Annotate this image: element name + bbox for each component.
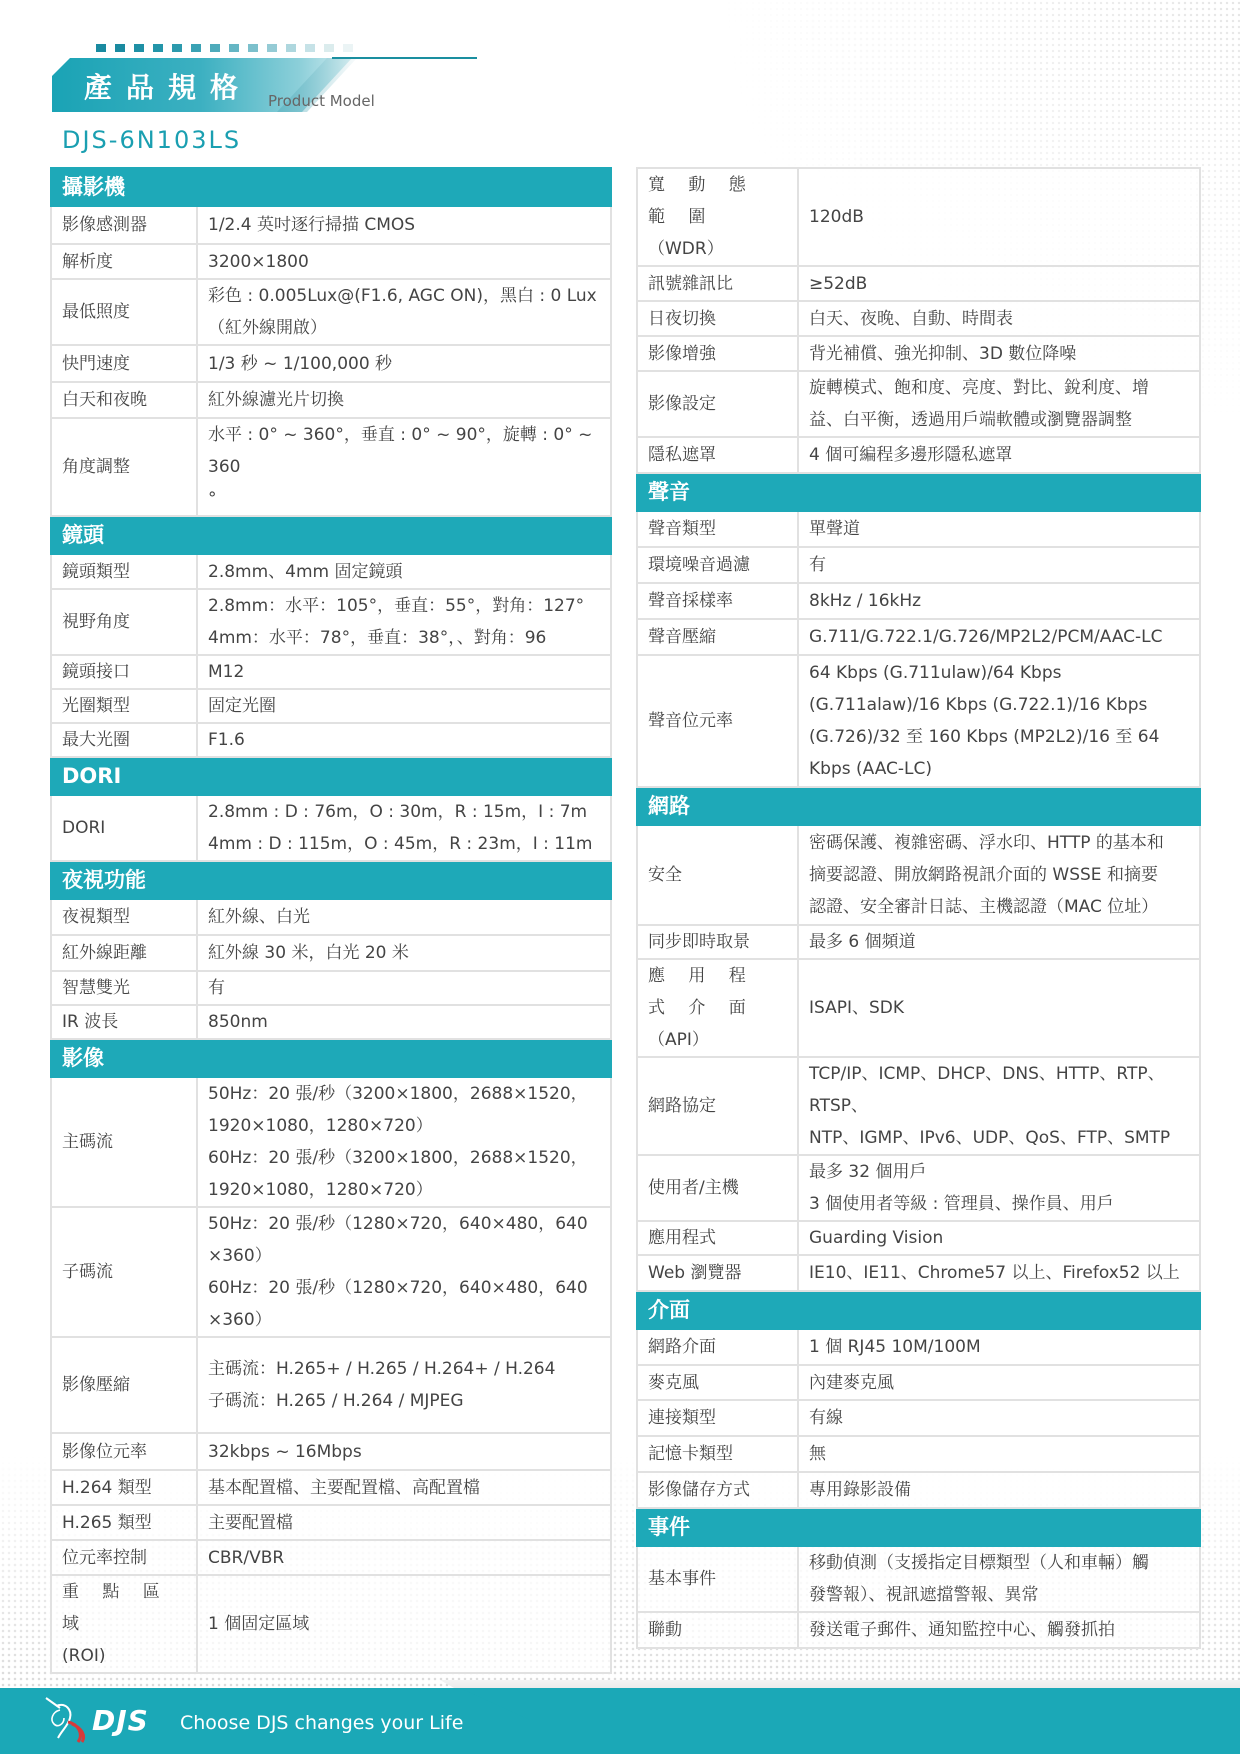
spec-value-line: (G.711alaw)/16 Kbps (G.722.1)/16 Kbps — [809, 689, 1189, 721]
spec-value-line: 主要配置檔 — [208, 1507, 600, 1539]
section-header: 影像 — [51, 1039, 611, 1077]
spec-value: 紅外線、白光 — [197, 899, 611, 935]
spec-value: 1 個固定區域 — [197, 1575, 611, 1673]
section-title: 攝影機 — [51, 168, 611, 206]
spec-value: 旋轉模式、飽和度、亮度、對比、銳利度、增益、白平衡，透過用戶端軟體或瀏覽器調整 — [798, 371, 1200, 437]
spec-value: 50Hz：20 張/秒（1280×720，640×480，640×360）60H… — [197, 1207, 611, 1337]
spec-row: 聯動發送電子郵件、通知監控中心、觸發抓拍 — [637, 1612, 1200, 1648]
spec-value-line: 2.8mm : D : 76m，O : 30m，R : 15m，I : 7m — [208, 796, 600, 828]
spec-value: CBR/VBR — [197, 1540, 611, 1575]
spec-value-line: F1.6 — [208, 724, 600, 756]
spec-label: 寬 動 態 範 圍（WDR） — [637, 168, 798, 266]
spec-row: 環境噪音過濾有 — [637, 547, 1200, 583]
decorative-square — [96, 44, 106, 52]
spec-label-text: 影像感測器 — [62, 209, 186, 241]
spec-value: 主碼流：H.265+ / H.265 / H.264+ / H.264子碼流：H… — [197, 1337, 611, 1433]
spec-label-text: 快門速度 — [62, 348, 186, 380]
spec-label-text: 麥克風 — [648, 1367, 787, 1399]
spec-value-line: 8kHz / 16kHz — [809, 585, 1189, 617]
spec-label-text: 紅外線距離 — [62, 937, 186, 969]
spec-label: 日夜切換 — [637, 301, 798, 336]
spec-row: Web 瀏覽器IE10、IE11、Chrome57 以上、Firefox52 以… — [637, 1255, 1200, 1291]
spec-value-line: 固定光圈 — [208, 690, 600, 722]
section-title: 聲音 — [637, 473, 1200, 511]
spec-value-line: 1 個 RJ45 10M/100M — [809, 1331, 1189, 1363]
spec-value: 32kbps ~ 16Mbps — [197, 1433, 611, 1470]
spec-value-line: 最多 32 個用戶 — [809, 1156, 1189, 1188]
spec-value: Guarding Vision — [798, 1221, 1200, 1255]
spec-row: 智慧雙光有 — [51, 971, 611, 1005]
spec-label: 隱私遮罩 — [637, 437, 798, 473]
spec-value-line: 紅外線 30 米，白光 20 米 — [208, 937, 600, 969]
spec-value-line: 4 個可編程多邊形隱私遮罩 — [809, 439, 1189, 471]
spec-row: 聲音採樣率8kHz / 16kHz — [637, 583, 1200, 619]
spec-value-line: ≥52dB — [809, 268, 1189, 300]
spec-value-line: 內建麥克風 — [809, 1367, 1189, 1399]
section-header: 鏡頭 — [51, 516, 611, 554]
section-header: 攝影機 — [51, 168, 611, 206]
spec-label-text-2: （API） — [648, 1024, 787, 1056]
spec-label-text: 寬 動 態 範 圍 — [648, 169, 787, 233]
spec-value: 水平 : 0° ~ 360°，垂直 : 0° ~ 90°，旋轉 : 0° ~ 3… — [197, 418, 611, 516]
spec-label: 位元率控制 — [51, 1540, 197, 1575]
spec-value-line: 旋轉模式、飽和度、亮度、對比、銳利度、增 — [809, 372, 1189, 404]
spec-label: 聲音採樣率 — [637, 583, 798, 619]
spec-value-line: 彩色 : 0.005Lux@(F1.6, AGC ON)，黑白 : 0 Lux — [208, 280, 600, 312]
decorative-square — [191, 44, 201, 52]
page-title: 產品規格 — [84, 66, 252, 106]
spec-label: 記憶卡類型 — [637, 1436, 798, 1472]
spec-value-line: 60Hz：20 張/秒（1280×720，640×480，640 — [208, 1272, 600, 1304]
spec-value-line: 1920×1080，1280×720） — [208, 1110, 600, 1142]
spec-value-line: 益、白平衡，透過用戶端軟體或瀏覽器調整 — [809, 404, 1189, 436]
spec-value-line: 專用錄影設備 — [809, 1474, 1189, 1506]
spec-row: 鏡頭類型2.8mm、4mm 固定鏡頭 — [51, 554, 611, 589]
spec-value-line: 32kbps ~ 16Mbps — [208, 1436, 600, 1468]
spec-value: 有 — [197, 971, 611, 1005]
page-subtitle: Product Model — [268, 92, 375, 110]
spec-row: 角度調整水平 : 0° ~ 360°，垂直 : 0° ~ 90°，旋轉 : 0°… — [51, 418, 611, 516]
spec-row: IR 波長850nm — [51, 1005, 611, 1039]
spec-label-text: Web 瀏覽器 — [648, 1257, 787, 1289]
spec-value: 64 Kbps (G.711ulaw)/64 Kbps(G.711alaw)/1… — [798, 655, 1200, 787]
spec-label: 最大光圈 — [51, 723, 197, 757]
spec-label: 同步即時取景 — [637, 925, 798, 959]
spec-label: Web 瀏覽器 — [637, 1255, 798, 1291]
spec-label: 網路協定 — [637, 1057, 798, 1155]
spec-value-line: 背光補償、強光抑制、3D 數位降噪 — [809, 338, 1189, 370]
decorative-square — [134, 44, 144, 52]
spec-label: 鏡頭接口 — [51, 655, 197, 689]
spec-value-line: ×360） — [208, 1240, 600, 1272]
spec-label-text: 影像位元率 — [62, 1436, 186, 1468]
spec-value-line: 子碼流：H.265 / H.264 / MJPEG — [208, 1385, 600, 1417]
spec-label: 訊號雜訊比 — [637, 266, 798, 301]
spec-label: 重 點 區 域(ROI) — [51, 1575, 197, 1673]
spec-label: 連接類型 — [637, 1400, 798, 1436]
spec-label: 光圈類型 — [51, 689, 197, 723]
spec-value-line: 主碼流：H.265+ / H.265 / H.264+ / H.264 — [208, 1353, 600, 1385]
spec-label-text: 日夜切換 — [648, 303, 787, 335]
spec-value: 紅外線 30 米，白光 20 米 — [197, 935, 611, 971]
spec-label-text: 訊號雜訊比 — [648, 268, 787, 300]
spec-value-line: ° — [208, 483, 600, 515]
spec-row: 日夜切換白天、夜晚、自動、時間表 — [637, 301, 1200, 336]
spec-value: ISAPI、SDK — [798, 959, 1200, 1057]
decorative-square — [115, 44, 125, 52]
decorative-square — [305, 44, 315, 52]
spec-row: 聲音類型單聲道 — [637, 511, 1200, 547]
spec-label: 智慧雙光 — [51, 971, 197, 1005]
spec-row: 同步即時取景最多 6 個頻道 — [637, 925, 1200, 959]
spec-row: 白天和夜晚紅外線濾光片切換 — [51, 382, 611, 418]
brand-logo-text: DJS — [92, 1704, 149, 1737]
section-title: 介面 — [637, 1291, 1200, 1329]
spec-value-line: 有 — [208, 972, 600, 1004]
spec-value-line: 水平 : 0° ~ 360°，垂直 : 0° ~ 90°，旋轉 : 0° ~ 3… — [208, 419, 600, 483]
spec-label-text: 影像壓縮 — [62, 1369, 186, 1401]
spec-value: 850nm — [197, 1005, 611, 1039]
spec-value: 內建麥克風 — [798, 1365, 1200, 1400]
spec-label-text: 同步即時取景 — [648, 926, 787, 958]
spec-value-line: 850nm — [208, 1006, 600, 1038]
spec-label: 紅外線距離 — [51, 935, 197, 971]
spec-value-line: 1/3 秒 ~ 1/100,000 秒 — [208, 348, 600, 380]
spec-label: 鏡頭類型 — [51, 554, 197, 589]
spec-label: 聲音類型 — [637, 511, 798, 547]
spec-value-line: NTP、IGMP、IPv6、UDP、QoS、FTP、SMTP — [809, 1122, 1189, 1154]
spec-value: 1/2.4 英吋逐行掃描 CMOS — [197, 206, 611, 244]
spec-value: IE10、IE11、Chrome57 以上、Firefox52 以上 — [798, 1255, 1200, 1291]
section-header: 事件 — [637, 1508, 1200, 1546]
spec-label: 夜視類型 — [51, 899, 197, 935]
spec-value-line: 紅外線濾光片切換 — [208, 384, 600, 416]
section-title: 夜視功能 — [51, 861, 611, 899]
spec-value: 1/3 秒 ~ 1/100,000 秒 — [197, 345, 611, 382]
spec-label-text: 影像設定 — [648, 388, 787, 420]
spec-value-line: 1 個固定區域 — [208, 1608, 600, 1640]
spec-row: 解析度3200×1800 — [51, 244, 611, 279]
spec-label-text: 主碼流 — [62, 1126, 186, 1158]
spec-value: M12 — [197, 655, 611, 689]
spec-row: 網路介面1 個 RJ45 10M/100M — [637, 1329, 1200, 1365]
spec-value-line: 1920×1080，1280×720） — [208, 1174, 600, 1206]
spec-value-line: 2.8mm、4mm 固定鏡頭 — [208, 556, 600, 588]
spec-label: 聯動 — [637, 1612, 798, 1648]
spec-value: TCP/IP、ICMP、DHCP、DNS、HTTP、RTP、RTSP、NTP、I… — [798, 1057, 1200, 1155]
spec-value-line: 有線 — [809, 1402, 1189, 1434]
spec-label-text: H.265 類型 — [62, 1507, 186, 1539]
spec-label-text: 連接類型 — [648, 1402, 787, 1434]
spec-value-line: 3 個使用者等級 : 管理員、操作員、用戶 — [809, 1188, 1189, 1220]
spec-row: 應 用 程 式 介 面（API）ISAPI、SDK — [637, 959, 1200, 1057]
spec-row: 光圈類型固定光圈 — [51, 689, 611, 723]
spec-value: 紅外線濾光片切換 — [197, 382, 611, 418]
spec-label: 聲音位元率 — [637, 655, 798, 787]
spec-value: 2.8mm：水平：105°，垂直：55°，對角：127°4mm：水平：78°，垂… — [197, 589, 611, 655]
spec-row: 使用者/主機最多 32 個用戶3 個使用者等級 : 管理員、操作員、用戶 — [637, 1155, 1200, 1221]
section-title: 網路 — [637, 787, 1200, 825]
spec-value: 有 — [798, 547, 1200, 583]
spec-label: 影像增強 — [637, 336, 798, 371]
spec-value-line: 發警報）、視訊遮擋警報、異常 — [809, 1579, 1189, 1611]
spec-row: 基本事件移動偵測（支援指定目標類型（人和車輛）觸發警報）、視訊遮擋警報、異常 — [637, 1546, 1200, 1612]
spec-row: 寬 動 態 範 圍（WDR）120dB — [637, 168, 1200, 266]
spec-row: 重 點 區 域(ROI)1 個固定區域 — [51, 1575, 611, 1673]
spec-label-text: 使用者/主機 — [648, 1172, 787, 1204]
spec-value-line: 3200×1800 — [208, 246, 600, 278]
spec-value: 8kHz / 16kHz — [798, 583, 1200, 619]
spec-row: 快門速度1/3 秒 ~ 1/100,000 秒 — [51, 345, 611, 382]
spec-label-text: 最大光圈 — [62, 724, 186, 756]
section-header: 夜視功能 — [51, 861, 611, 899]
section-title: 鏡頭 — [51, 516, 611, 554]
spec-row: 影像壓縮主碼流：H.265+ / H.265 / H.264+ / H.264子… — [51, 1337, 611, 1433]
spec-value-line: 4mm : D : 115m，O : 45m，R : 23m，I : 11m — [208, 828, 600, 860]
spec-label: 網路介面 — [637, 1329, 798, 1365]
spec-label: 麥克風 — [637, 1365, 798, 1400]
spec-value: 固定光圈 — [197, 689, 611, 723]
spec-label-text: 記憶卡類型 — [648, 1438, 787, 1470]
spec-row: 最低照度彩色 : 0.005Lux@(F1.6, AGC ON)，黑白 : 0 … — [51, 279, 611, 345]
section-header: 網路 — [637, 787, 1200, 825]
spec-label: 白天和夜晚 — [51, 382, 197, 418]
spec-value: 發送電子郵件、通知監控中心、觸發抓拍 — [798, 1612, 1200, 1648]
spec-row: 主碼流50Hz：20 張/秒（3200×1800，2688×1520，1920×… — [51, 1077, 611, 1207]
spec-value-line: 120dB — [809, 201, 1189, 233]
spec-value-line: CBR/VBR — [208, 1542, 600, 1574]
spec-label: 解析度 — [51, 244, 197, 279]
spec-row: 應用程式Guarding Vision — [637, 1221, 1200, 1255]
spec-label: 快門速度 — [51, 345, 197, 382]
spec-label-text: 隱私遮罩 — [648, 439, 787, 471]
spec-row: 隱私遮罩4 個可編程多邊形隱私遮罩 — [637, 437, 1200, 473]
decorative-squares — [96, 44, 353, 52]
spec-row: 影像位元率32kbps ~ 16Mbps — [51, 1433, 611, 1470]
spec-label-text: 解析度 — [62, 246, 186, 278]
spec-value: 基本配置檔、主要配置檔、高配置檔 — [197, 1470, 611, 1505]
spec-row: 影像設定旋轉模式、飽和度、亮度、對比、銳利度、增益、白平衡，透過用戶端軟體或瀏覽… — [637, 371, 1200, 437]
spec-label-text: 夜視類型 — [62, 901, 186, 933]
spec-label-text: 最低照度 — [62, 296, 186, 328]
spec-value-line: M12 — [208, 656, 600, 688]
spec-label-text: 網路協定 — [648, 1090, 787, 1122]
spec-row: 影像增強背光補償、強光抑制、3D 數位降噪 — [637, 336, 1200, 371]
spec-label-text: 子碼流 — [62, 1256, 186, 1288]
spec-label-text: 應用程式 — [648, 1222, 787, 1254]
spec-row: 影像感測器1/2.4 英吋逐行掃描 CMOS — [51, 206, 611, 244]
spec-label-text: DORI — [62, 812, 186, 844]
spec-label-text: 安全 — [648, 859, 787, 891]
spec-value: G.711/G.722.1/G.726/MP2L2/PCM/AAC-LC — [798, 619, 1200, 655]
spec-value-line: 單聲道 — [809, 513, 1189, 545]
spec-row: 麥克風內建麥克風 — [637, 1365, 1200, 1400]
spec-label: 子碼流 — [51, 1207, 197, 1337]
decorative-square — [324, 44, 334, 52]
spec-value: 密碼保護、複雜密碼、浮水印、HTTP 的基本和摘要認證、開放網路視訊介面的 WS… — [798, 825, 1200, 925]
decorative-square — [172, 44, 182, 52]
spec-label-text: 聲音類型 — [648, 513, 787, 545]
spec-label: H.265 類型 — [51, 1505, 197, 1540]
spec-label: 使用者/主機 — [637, 1155, 798, 1221]
spec-value-line: 移動偵測（支援指定目標類型（人和車輛）觸 — [809, 1547, 1189, 1579]
spec-label-text: 聲音採樣率 — [648, 585, 787, 617]
spec-label: 影像設定 — [637, 371, 798, 437]
spec-label: 應用程式 — [637, 1221, 798, 1255]
spec-label-text: 重 點 區 域 — [62, 1576, 186, 1640]
spec-row: 鏡頭接口M12 — [51, 655, 611, 689]
spec-label: DORI — [51, 795, 197, 861]
spec-label: 視野角度 — [51, 589, 197, 655]
spec-label-text: 白天和夜晚 — [62, 384, 186, 416]
spec-value-line: 基本配置檔、主要配置檔、高配置檔 — [208, 1472, 600, 1504]
section-title: DORI — [51, 757, 611, 795]
unicorn-logo-icon — [38, 1694, 94, 1744]
spec-label: 環境噪音過濾 — [637, 547, 798, 583]
spec-value: 4 個可編程多邊形隱私遮罩 — [798, 437, 1200, 473]
spec-value-line: 4mm：水平：78°，垂直：38°，、對角：96 — [208, 622, 600, 654]
spec-value-line: 50Hz：20 張/秒（1280×720，640×480，640 — [208, 1208, 600, 1240]
spec-value-line: 有 — [809, 549, 1189, 581]
section-header: DORI — [51, 757, 611, 795]
spec-value: 有線 — [798, 1400, 1200, 1436]
spec-row: 位元率控制CBR/VBR — [51, 1540, 611, 1575]
spec-label-text: 網路介面 — [648, 1331, 787, 1363]
spec-value-line: (G.726)/32 至 160 Kbps (MP2L2)/16 至 64 — [809, 721, 1189, 753]
spec-label-text: IR 波長 — [62, 1006, 186, 1038]
spec-row: 聲音壓縮G.711/G.722.1/G.726/MP2L2/PCM/AAC-LC — [637, 619, 1200, 655]
spec-row: 最大光圈F1.6 — [51, 723, 611, 757]
spec-value-line: ×360） — [208, 1304, 600, 1336]
spec-value: 彩色 : 0.005Lux@(F1.6, AGC ON)，黑白 : 0 Lux（… — [197, 279, 611, 345]
spec-value: 3200×1800 — [197, 244, 611, 279]
spec-value: 單聲道 — [798, 511, 1200, 547]
spec-row: 網路協定TCP/IP、ICMP、DHCP、DNS、HTTP、RTP、RTSP、N… — [637, 1057, 1200, 1155]
spec-value: 2.8mm、4mm 固定鏡頭 — [197, 554, 611, 589]
brand-slogan: Choose DJS changes your Life — [180, 1712, 463, 1734]
spec-value-line: 密碼保護、複雜密碼、浮水印、HTTP 的基本和 — [809, 827, 1189, 859]
spec-value-line: 認證、安全審計日誌、主機認證（MAC 位址） — [809, 891, 1189, 923]
spec-value-line: Kbps (AAC-LC) — [809, 753, 1189, 785]
spec-label-text-2: (ROI) — [62, 1640, 186, 1672]
spec-value-line: 64 Kbps (G.711ulaw)/64 Kbps — [809, 657, 1189, 689]
spec-label-text: 基本事件 — [648, 1563, 787, 1595]
spec-value: 120dB — [798, 168, 1200, 266]
spec-row: 聲音位元率64 Kbps (G.711ulaw)/64 Kbps(G.711al… — [637, 655, 1200, 787]
spec-value: 主要配置檔 — [197, 1505, 611, 1540]
spec-value-line: 白天、夜晚、自動、時間表 — [809, 303, 1189, 335]
spec-value-line: 2.8mm：水平：105°，垂直：55°，對角：127° — [208, 590, 600, 622]
spec-value-line: （紅外線開啟） — [208, 312, 600, 344]
spec-table-left: 攝影機影像感測器1/2.4 英吋逐行掃描 CMOS解析度3200×1800最低照… — [50, 167, 612, 1674]
spec-label-text: 角度調整 — [62, 451, 186, 483]
spec-row: 子碼流50Hz：20 張/秒（1280×720，640×480，640×360）… — [51, 1207, 611, 1337]
decorative-square — [267, 44, 277, 52]
decorative-square — [343, 44, 353, 52]
section-header: 介面 — [637, 1291, 1200, 1329]
spec-row: 夜視類型紅外線、白光 — [51, 899, 611, 935]
spec-row: 連接類型有線 — [637, 1400, 1200, 1436]
spec-label: 影像位元率 — [51, 1433, 197, 1470]
spec-label-text: 聯動 — [648, 1614, 787, 1646]
decorative-square — [210, 44, 220, 52]
spec-value: 專用錄影設備 — [798, 1472, 1200, 1508]
title-rule — [332, 57, 477, 59]
spec-label: 影像壓縮 — [51, 1337, 197, 1433]
spec-value-line: 最多 6 個頻道 — [809, 926, 1189, 958]
spec-label-text: 位元率控制 — [62, 1542, 186, 1574]
spec-value-line: 無 — [809, 1438, 1189, 1470]
spec-label-text: 智慧雙光 — [62, 972, 186, 1004]
spec-row: 影像儲存方式專用錄影設備 — [637, 1472, 1200, 1508]
spec-label-text: 聲音位元率 — [648, 705, 787, 737]
spec-label: H.264 類型 — [51, 1470, 197, 1505]
spec-row: 安全密碼保護、複雜密碼、浮水印、HTTP 的基本和摘要認證、開放網路視訊介面的 … — [637, 825, 1200, 925]
spec-label-text-2: （WDR） — [648, 233, 787, 265]
decorative-square — [153, 44, 163, 52]
spec-value-line: 摘要認證、開放網路視訊介面的 WSSE 和摘要 — [809, 859, 1189, 891]
spec-label-text: 影像儲存方式 — [648, 1474, 787, 1506]
spec-value: ≥52dB — [798, 266, 1200, 301]
spec-value-line: 紅外線、白光 — [208, 901, 600, 933]
spec-value: 1 個 RJ45 10M/100M — [798, 1329, 1200, 1365]
spec-value: 最多 32 個用戶3 個使用者等級 : 管理員、操作員、用戶 — [798, 1155, 1200, 1221]
spec-row: 訊號雜訊比≥52dB — [637, 266, 1200, 301]
spec-row: H.264 類型基本配置檔、主要配置檔、高配置檔 — [51, 1470, 611, 1505]
spec-label: 應 用 程 式 介 面（API） — [637, 959, 798, 1057]
spec-label: 基本事件 — [637, 1546, 798, 1612]
spec-label-text: 影像增強 — [648, 338, 787, 370]
spec-row: 紅外線距離紅外線 30 米，白光 20 米 — [51, 935, 611, 971]
spec-label: 聲音壓縮 — [637, 619, 798, 655]
spec-value-line: 發送電子郵件、通知監控中心、觸發抓拍 — [809, 1614, 1189, 1646]
spec-value-line: TCP/IP、ICMP、DHCP、DNS、HTTP、RTP、RTSP、 — [809, 1058, 1189, 1122]
spec-value-line: G.711/G.722.1/G.726/MP2L2/PCM/AAC-LC — [809, 621, 1189, 653]
spec-value-line: 60Hz：20 張/秒（3200×1800，2688×1520， — [208, 1142, 600, 1174]
spec-label: 主碼流 — [51, 1077, 197, 1207]
spec-value: 白天、夜晚、自動、時間表 — [798, 301, 1200, 336]
spec-value-line: 50Hz：20 張/秒（3200×1800，2688×1520， — [208, 1078, 600, 1110]
section-title: 事件 — [637, 1508, 1200, 1546]
spec-value: 2.8mm : D : 76m，O : 30m，R : 15m，I : 7m4m… — [197, 795, 611, 861]
spec-row: H.265 類型主要配置檔 — [51, 1505, 611, 1540]
spec-label: IR 波長 — [51, 1005, 197, 1039]
spec-label: 安全 — [637, 825, 798, 925]
spec-value-line: 1/2.4 英吋逐行掃描 CMOS — [208, 209, 600, 241]
spec-label-text: 聲音壓縮 — [648, 621, 787, 653]
spec-row: 視野角度2.8mm：水平：105°，垂直：55°，對角：127°4mm：水平：7… — [51, 589, 611, 655]
spec-label-text: 視野角度 — [62, 606, 186, 638]
spec-value: 移動偵測（支援指定目標類型（人和車輛）觸發警報）、視訊遮擋警報、異常 — [798, 1546, 1200, 1612]
spec-table-right: 寬 動 態 範 圍（WDR）120dB訊號雜訊比≥52dB日夜切換白天、夜晚、自… — [636, 167, 1201, 1649]
decorative-square — [248, 44, 258, 52]
section-header: 聲音 — [637, 473, 1200, 511]
spec-label: 影像感測器 — [51, 206, 197, 244]
section-title: 影像 — [51, 1039, 611, 1077]
spec-label-text: 鏡頭接口 — [62, 656, 186, 688]
spec-value: 50Hz：20 張/秒（3200×1800，2688×1520，1920×108… — [197, 1077, 611, 1207]
spec-row: DORI2.8mm : D : 76m，O : 30m，R : 15m，I : … — [51, 795, 611, 861]
spec-value: 背光補償、強光抑制、3D 數位降噪 — [798, 336, 1200, 371]
spec-label-text: 鏡頭類型 — [62, 556, 186, 588]
spec-value-line: ISAPI、SDK — [809, 992, 1189, 1024]
spec-label: 最低照度 — [51, 279, 197, 345]
spec-label-text: 光圈類型 — [62, 690, 186, 722]
model-number: DJS-6N103LS — [62, 126, 241, 154]
spec-label-text: 應 用 程 式 介 面 — [648, 960, 787, 1024]
spec-value-line: Guarding Vision — [809, 1222, 1189, 1254]
spec-label-text: H.264 類型 — [62, 1472, 186, 1504]
